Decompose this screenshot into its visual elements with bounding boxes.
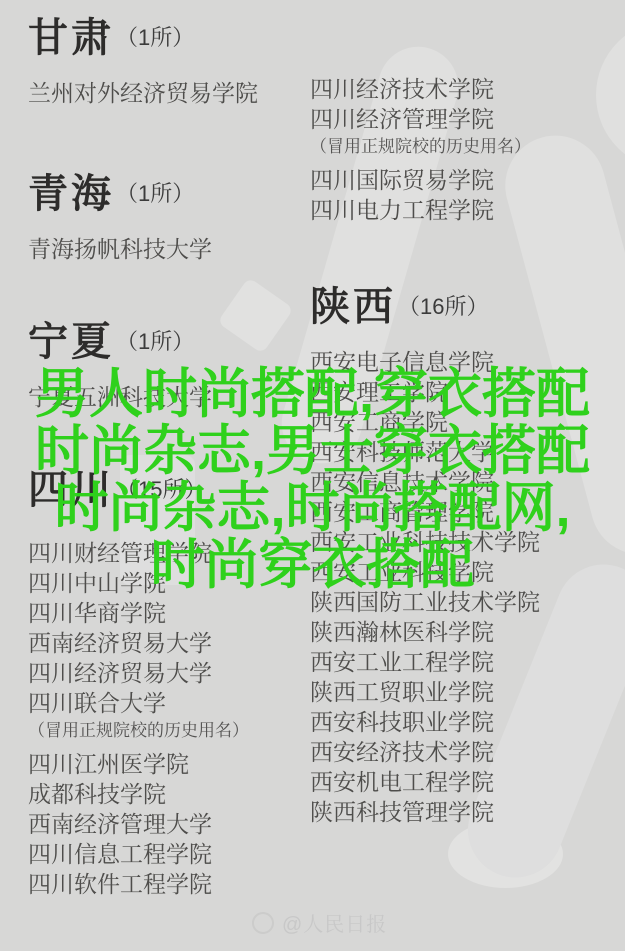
school-list: 四川经济技术学院四川经济管理学院（冒用正规院校的历史用名）四川国际贸易学院四川电… (310, 74, 625, 225)
province-heading: 甘肃（1所） (28, 14, 313, 62)
school-name: 青海扬帆科技大学 (28, 234, 313, 264)
green-watermark-line: 时尚穿衣搭配 (0, 537, 625, 594)
school-name: 四川江州医学院 (28, 749, 313, 779)
fake-universities-infographic: 甘肃（1所）兰州对外经济贸易学院青海（1所）青海扬帆科技大学宁夏（1所）宁夏五洲… (0, 0, 625, 951)
province-heading: 宁夏（1所） (28, 318, 313, 366)
school-list: 兰州对外经济贸易学院 (28, 78, 313, 108)
green-watermark-text: 男人时尚搭配,穿衣搭配 时尚杂志,男士穿衣搭配 时尚杂志,时尚搭配网, 时尚穿衣… (0, 366, 625, 594)
school-name: 西南经济贸易大学 (28, 628, 313, 658)
school-name: 四川信息工程学院 (28, 839, 313, 869)
green-watermark-line: 时尚杂志,男士穿衣搭配 (0, 423, 625, 480)
school-name: 四川国际贸易学院 (310, 165, 625, 195)
school-name: 陕西工贸职业学院 (310, 677, 625, 707)
school-name: 四川联合大学 (28, 688, 313, 718)
school-name: 西南经济管理大学 (28, 809, 313, 839)
school-name: 四川软件工程学院 (28, 869, 313, 899)
province-section: 青海（1所）青海扬帆科技大学 (28, 170, 313, 264)
green-watermark-line: 时尚杂志,时尚搭配网, (0, 480, 625, 537)
school-name: 西安机电工程学院 (310, 767, 625, 797)
province-school-count: （1所） (116, 25, 194, 50)
province-name: 甘肃 (28, 16, 114, 60)
school-name: 成都科技学院 (28, 779, 313, 809)
credit-watermark: @人民日报 (252, 908, 387, 937)
province-school-count: （1所） (116, 329, 194, 354)
school-note: （冒用正规院校的历史用名） (310, 134, 625, 159)
province-school-count: （1所） (116, 181, 194, 206)
school-name: 陕西科技管理学院 (310, 797, 625, 827)
school-name: 四川华商学院 (28, 598, 313, 628)
province-name: 宁夏 (28, 320, 114, 364)
province-school-count: （16所） (398, 294, 488, 319)
province-section: 四川经济技术学院四川经济管理学院（冒用正规院校的历史用名）四川国际贸易学院四川电… (310, 74, 625, 225)
school-name: 四川经济技术学院 (310, 74, 625, 104)
school-name: 西安工业工程学院 (310, 647, 625, 677)
school-name: 四川经济管理学院 (310, 104, 625, 134)
province-name: 陕西 (310, 285, 396, 329)
green-watermark-line: 男人时尚搭配,穿衣搭配 (0, 366, 625, 423)
school-name: 西安科技职业学院 (310, 707, 625, 737)
province-name: 青海 (28, 172, 114, 216)
credit-text: @人民日报 (282, 908, 387, 937)
province-section: 甘肃（1所）兰州对外经济贸易学院 (28, 14, 313, 108)
school-name: 陕西瀚林医科学院 (310, 617, 625, 647)
school-note: （冒用正规院校的历史用名） (28, 718, 313, 743)
school-list: 青海扬帆科技大学 (28, 234, 313, 264)
province-heading: 青海（1所） (28, 170, 313, 218)
school-name: 四川经济贸易大学 (28, 658, 313, 688)
people-daily-logo-icon (250, 909, 276, 935)
school-name: 西安经济技术学院 (310, 737, 625, 767)
province-heading: 陕西（16所） (310, 283, 625, 331)
school-name: 四川电力工程学院 (310, 195, 625, 225)
school-name: 兰州对外经济贸易学院 (28, 78, 313, 108)
